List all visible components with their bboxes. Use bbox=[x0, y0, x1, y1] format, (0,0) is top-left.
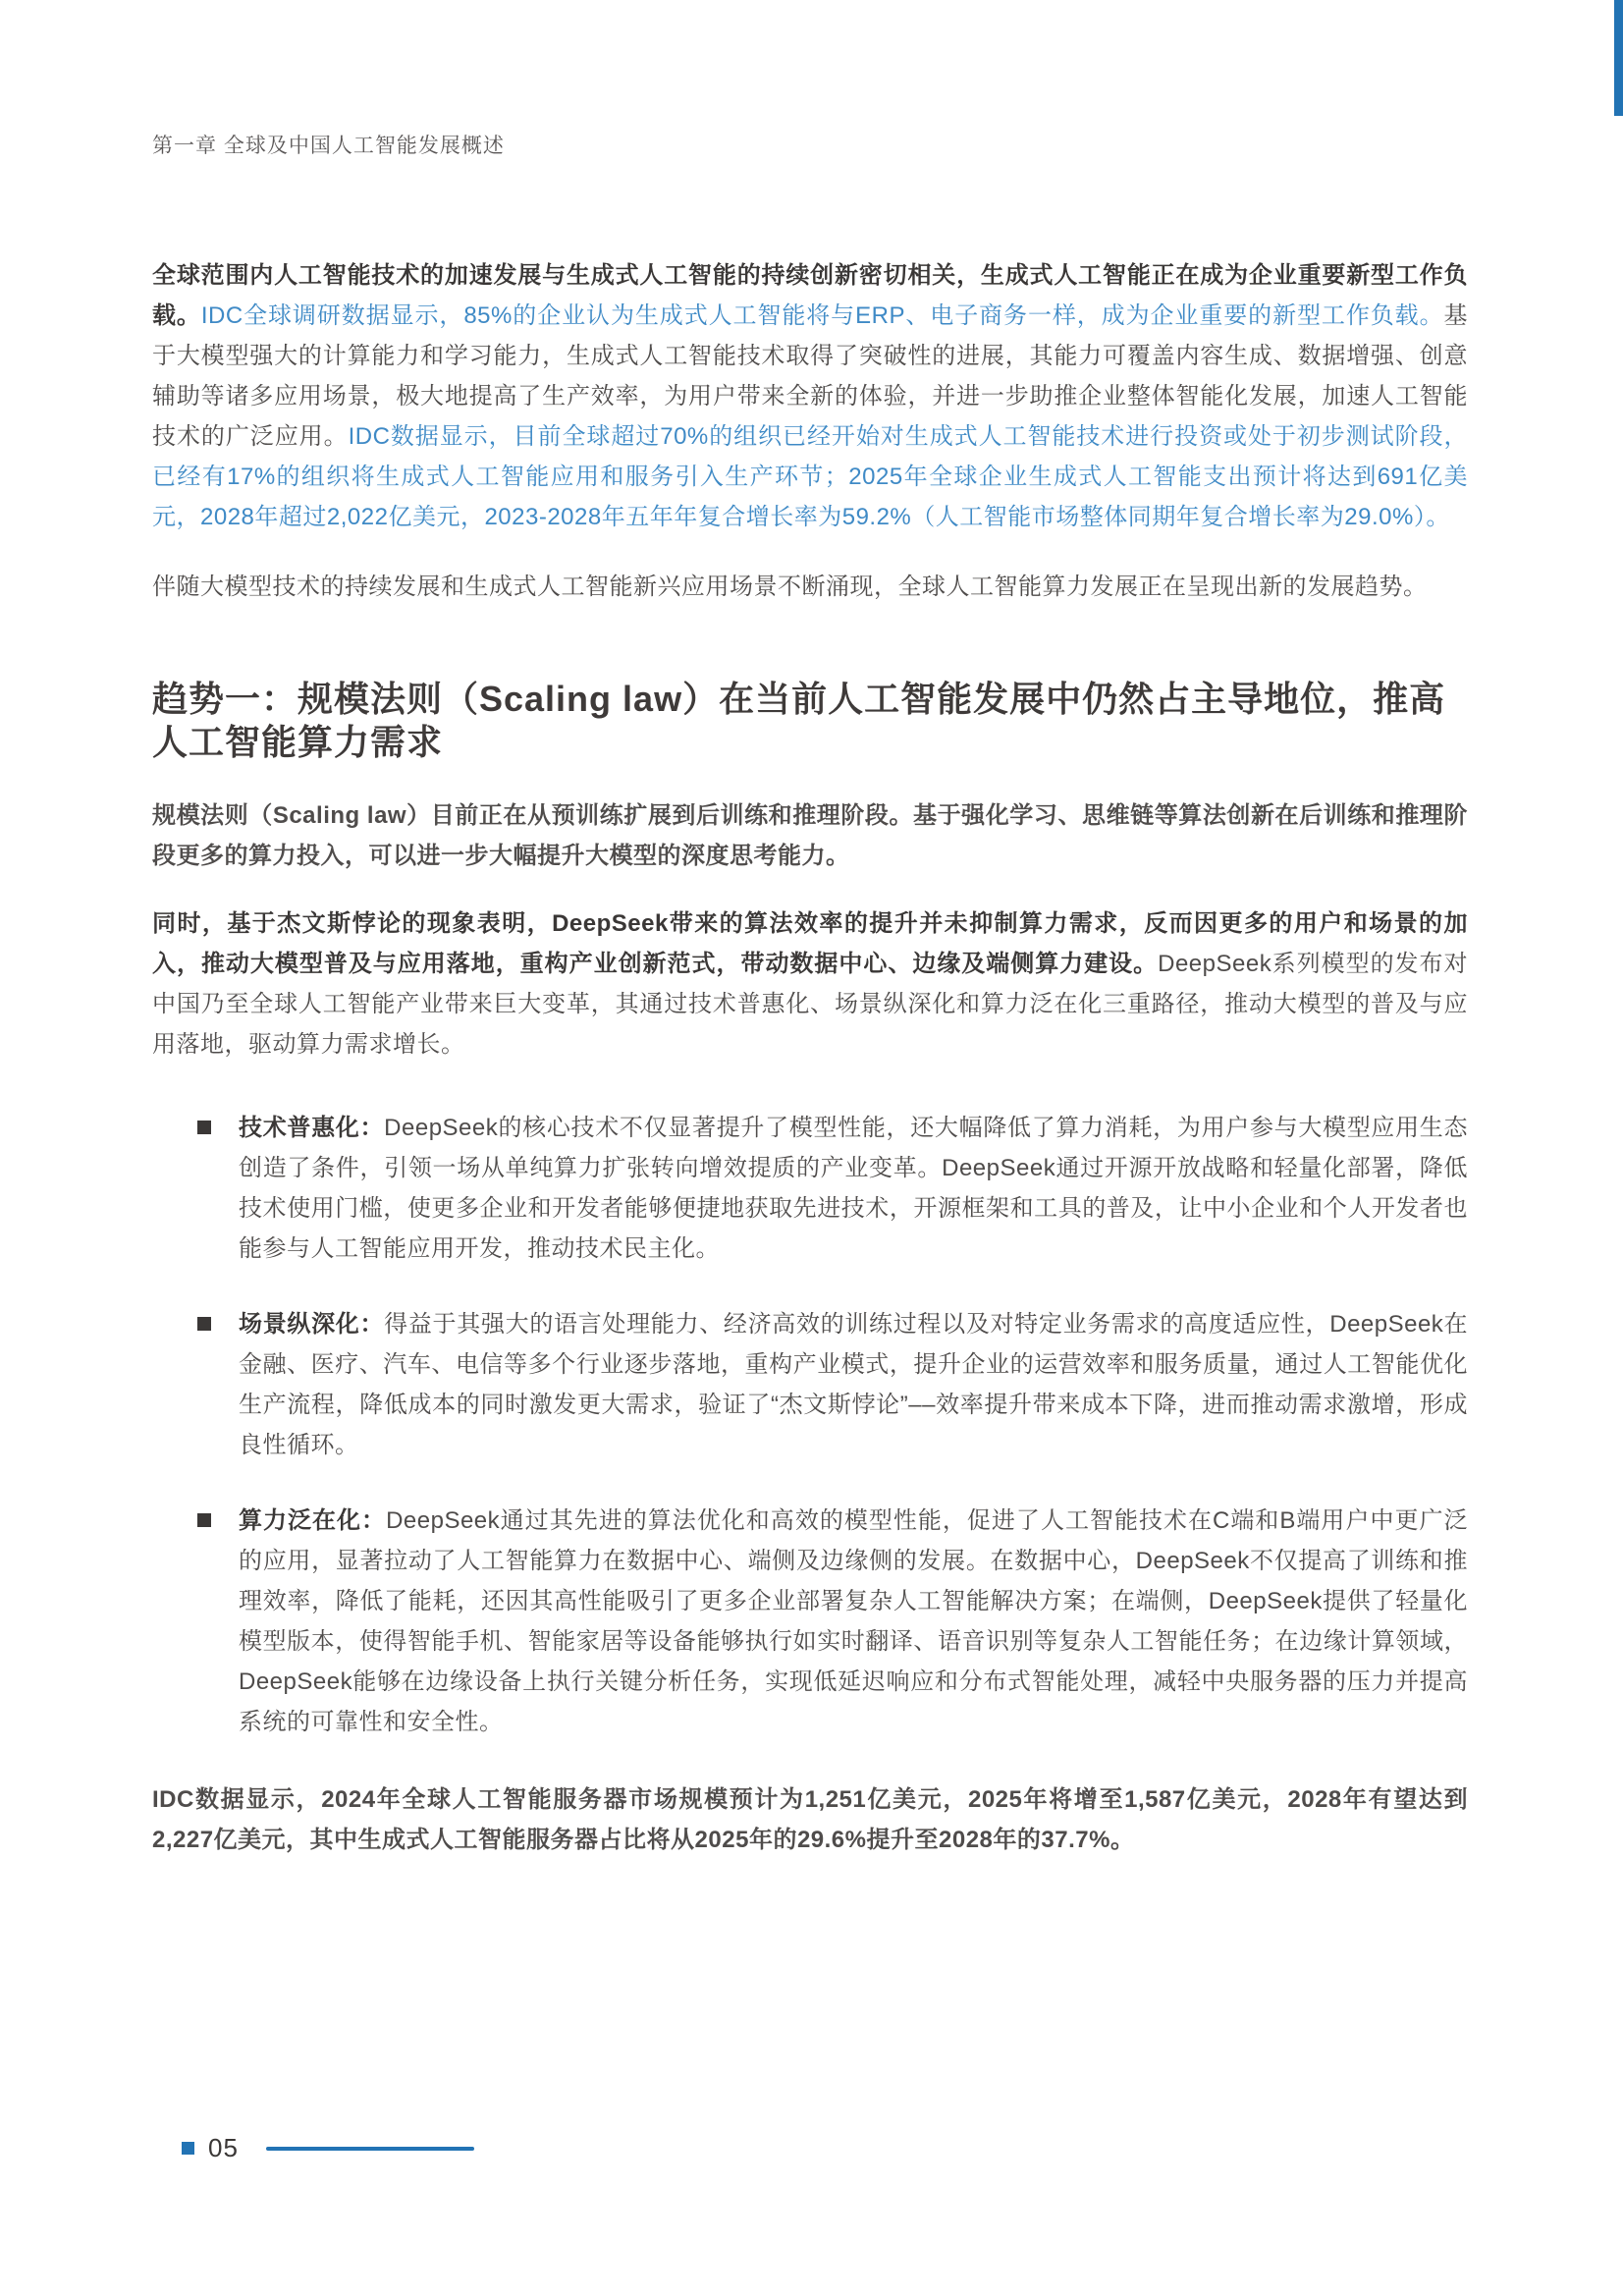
bullet-text-run: 得益于其强大的语言处理能力、经济高效的训练过程以及对特定业务需求的高度适应性，D… bbox=[239, 1311, 1468, 1458]
text-run-idc-blue: IDC全球调研数据显示，85%的企业认为生成式人工智能将与ERP、电子商务一样，… bbox=[201, 302, 1444, 329]
document-page: 第一章 全球及中国人工智能发展概述 全球范围内人工智能技术的加速发展与生成式人工… bbox=[0, 0, 1623, 2296]
bullet-label: 技术普惠化： bbox=[239, 1115, 384, 1141]
square-bullet-icon bbox=[197, 1513, 211, 1527]
bullet-body: 场景纵深化：得益于其强大的语言处理能力、经济高效的训练过程以及对特定业务需求的高… bbox=[239, 1304, 1468, 1465]
text-run-idc-blue: IDC数据显示，目前全球超过70%的组织已经开始对生成式人工智能技术进行投资或处… bbox=[152, 423, 1468, 530]
paragraph-transition: 伴随大模型技术的持续发展和生成式人工智能新兴应用场景不断涌现，全球人工智能算力发… bbox=[152, 567, 1468, 607]
paragraph-genai-overview: 全球范围内人工智能技术的加速发展与生成式人工智能的持续创新密切相关，生成式人工智… bbox=[152, 255, 1468, 537]
paragraph-idc-server-forecast: IDC数据显示，2024年全球人工智能服务器市场规模预计为1,251亿美元，20… bbox=[152, 1779, 1468, 1860]
square-bullet-icon bbox=[197, 1121, 211, 1134]
bullet-label: 场景纵深化： bbox=[239, 1311, 384, 1338]
square-bullet-icon bbox=[197, 1317, 211, 1331]
bullet-list: 技术普惠化：DeepSeek的核心技术不仅显著提升了模型性能，还大幅降低了算力消… bbox=[152, 1108, 1468, 1742]
bullet-label: 算力泛在化： bbox=[239, 1507, 386, 1534]
footer-rule bbox=[266, 2147, 474, 2151]
bullet-body: 技术普惠化：DeepSeek的核心技术不仅显著提升了模型性能，还大幅降低了算力消… bbox=[239, 1108, 1468, 1269]
paragraph-scaling-law: 规模法则（Scaling law）目前正在从预训练扩展到后训练和推理阶段。基于强… bbox=[152, 795, 1468, 876]
bullet-item-ubiquitous-computing: 算力泛在化：DeepSeek通过其先进的算法优化和高效的模型性能，促进了人工智能… bbox=[152, 1501, 1468, 1742]
paragraph-jevons-paradox: 同时，基于杰文斯悖论的现象表明，DeepSeek带来的算法效率的提升并未抑制算力… bbox=[152, 903, 1468, 1065]
page-number-square-icon bbox=[182, 2142, 194, 2155]
bullet-text-run: DeepSeek的核心技术不仅显著提升了模型性能，还大幅降低了算力消耗，为用户参… bbox=[239, 1115, 1468, 1262]
page-edge-accent-bar bbox=[1614, 0, 1623, 116]
bullet-text-run: DeepSeek通过其先进的算法优化和高效的模型性能，促进了人工智能技术在C端和… bbox=[239, 1507, 1468, 1735]
page-content: 全球范围内人工智能技术的加速发展与生成式人工智能的持续创新密切相关，生成式人工智… bbox=[152, 255, 1468, 1860]
bullet-body: 算力泛在化：DeepSeek通过其先进的算法优化和高效的模型性能，促进了人工智能… bbox=[239, 1501, 1468, 1742]
page-footer: 05 bbox=[182, 2133, 474, 2163]
section-heading-trend-1: 趋势一：规模法则（Scaling law）在当前人工智能发展中仍然占主导地位，推… bbox=[152, 678, 1468, 764]
bullet-item-scenario-deepening: 场景纵深化：得益于其强大的语言处理能力、经济高效的训练过程以及对特定业务需求的高… bbox=[152, 1304, 1468, 1465]
page-number: 05 bbox=[208, 2133, 239, 2163]
bullet-item-tech-inclusion: 技术普惠化：DeepSeek的核心技术不仅显著提升了模型性能，还大幅降低了算力消… bbox=[152, 1108, 1468, 1269]
chapter-header: 第一章 全球及中国人工智能发展概述 bbox=[152, 130, 505, 159]
